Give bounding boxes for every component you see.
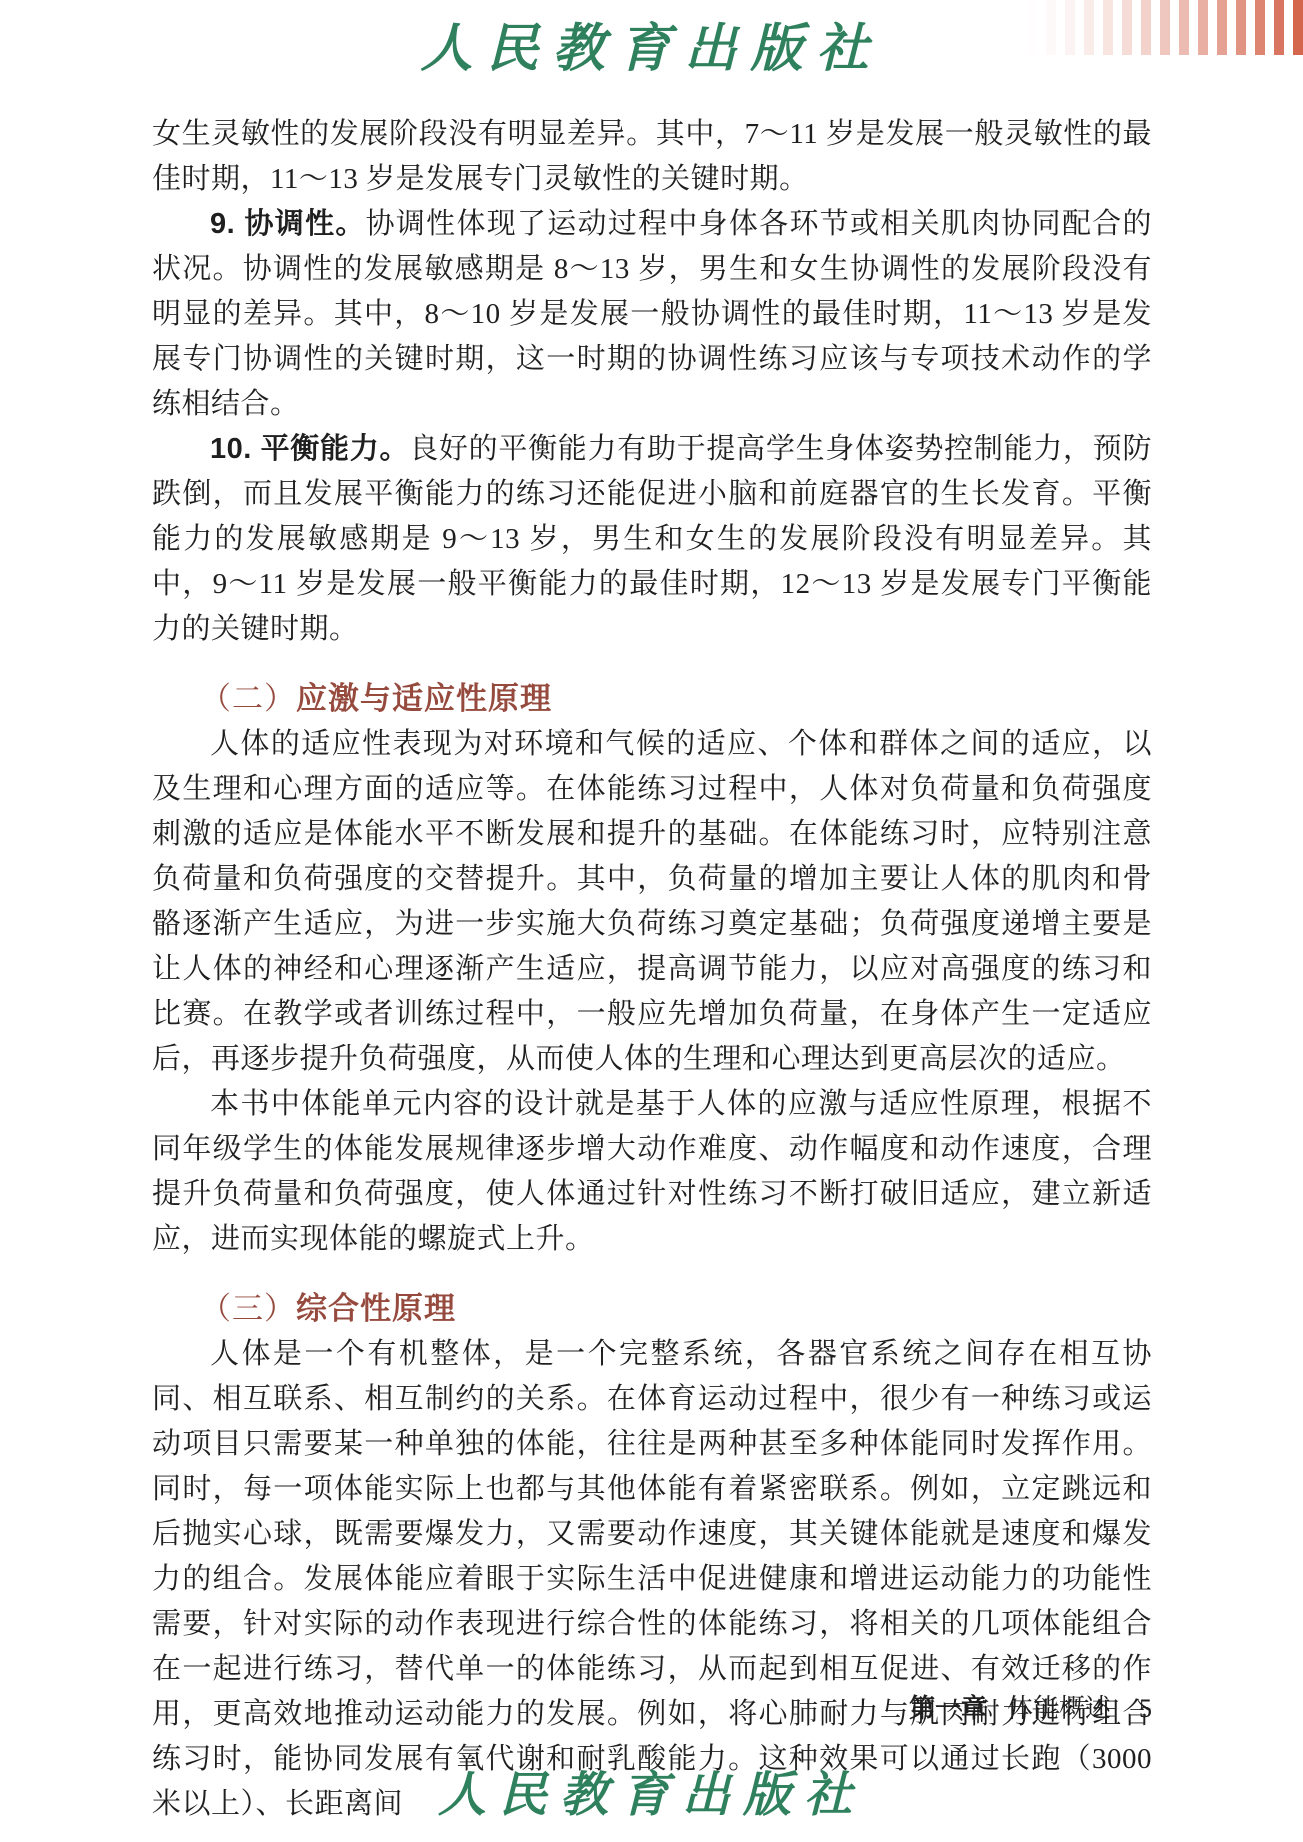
paragraph-comprehensive: 人体是一个有机整体，是一个完整系统，各器官系统之间存在相互协同、相互联系、相互制… <box>152 1332 1152 1827</box>
page-content: 女生灵敏性的发展阶段没有明显差异。其中，7～11 岁是发展一般灵敏性的最佳时期，… <box>152 112 1152 1827</box>
decor-bar <box>1293 0 1303 55</box>
decor-bar <box>1046 0 1056 55</box>
footer-chapter: 第一章 <box>909 1693 987 1723</box>
decor-bar <box>1274 0 1284 55</box>
paragraph-adaptation-1: 人体的适应性表现为对环境和气候的适应、个体和群体之间的适应，以及生理和心理方面的… <box>152 722 1152 1082</box>
decor-bar <box>1084 0 1094 55</box>
paragraph-balance: 10. 平衡能力。良好的平衡能力有助于提高学生身体姿势控制能力，预防跌倒，而且发… <box>152 427 1152 652</box>
heading-title: 应激与适应性原理 <box>296 681 552 716</box>
publisher-logo-bottom: 人民教育出版社 <box>0 1756 1303 1825</box>
decorative-bars <box>1027 0 1303 55</box>
decor-bar <box>1103 0 1113 55</box>
paragraph-lead-balance: 10. 平衡能力。 <box>210 433 409 465</box>
decor-bar <box>1027 0 1037 55</box>
section-heading-stress-adaptation: （二）应激与适应性原理 <box>152 676 1152 722</box>
heading-number: （二） <box>200 681 296 716</box>
heading-title: 综合性原理 <box>296 1291 456 1326</box>
decor-bar <box>1217 0 1227 55</box>
paragraph-adaptation-2: 本书中体能单元内容的设计就是基于人体的应激与适应性原理，根据不同年级学生的体能发… <box>152 1082 1152 1262</box>
decor-bar <box>1198 0 1208 55</box>
decor-bar <box>1236 0 1246 55</box>
decor-bar <box>1065 0 1075 55</box>
paragraph-agility-continuation: 女生灵敏性的发展阶段没有明显差异。其中，7～11 岁是发展一般灵敏性的最佳时期，… <box>152 112 1152 202</box>
footer-page-number: 5 <box>1139 1694 1152 1723</box>
heading-number: （三） <box>200 1291 296 1326</box>
page-footer: 第一章体能概述5 <box>152 1688 1152 1725</box>
section-heading-comprehensive: （三）综合性原理 <box>152 1286 1152 1332</box>
footer-section-title: 体能概述 <box>1007 1693 1111 1723</box>
decor-bar <box>1255 0 1265 55</box>
paragraph-coordination: 9. 协调性。协调性体现了运动过程中身体各环节或相关肌肉协同配合的状况。协调性的… <box>152 202 1152 427</box>
decor-bar <box>1179 0 1189 55</box>
paragraph-lead-coordination: 9. 协调性。 <box>210 208 366 240</box>
decor-bar <box>1141 0 1151 55</box>
decor-bar <box>1122 0 1132 55</box>
decor-bar <box>1160 0 1170 55</box>
textbook-page: 人民教育出版社 女生灵敏性的发展阶段没有明显差异。其中，7～11 岁是发展一般灵… <box>0 0 1303 1842</box>
